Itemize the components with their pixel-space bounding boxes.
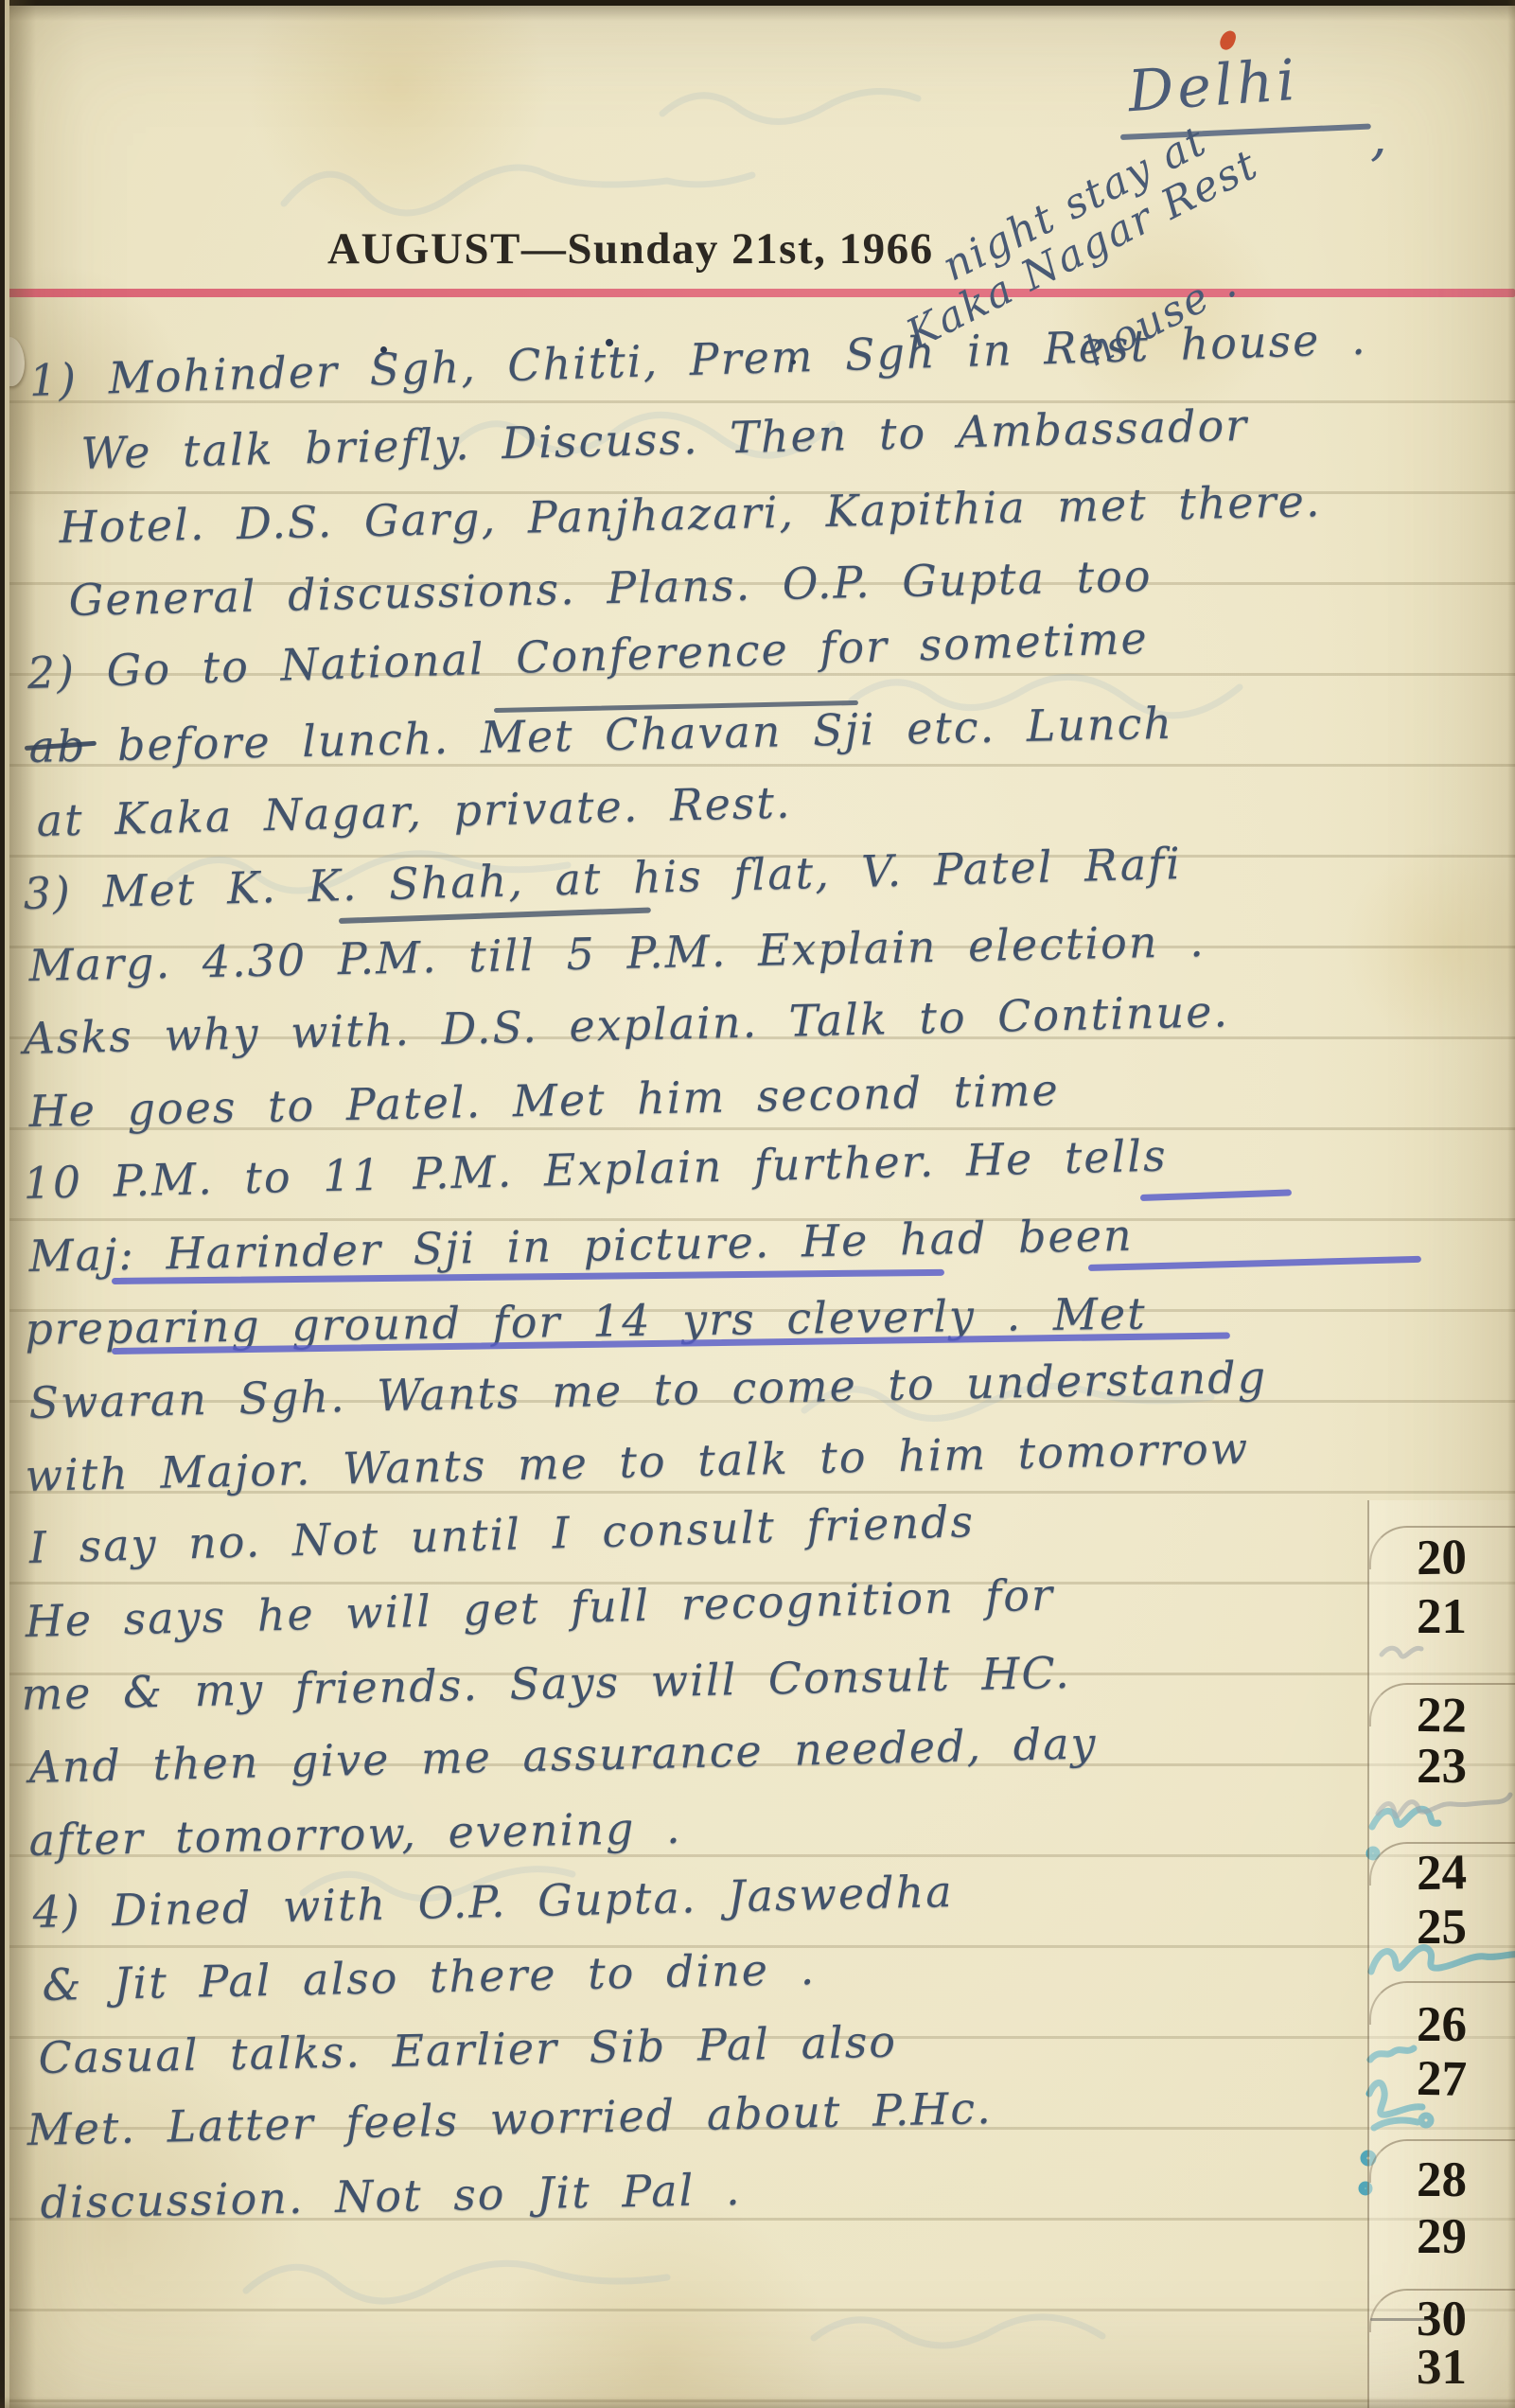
margin-date: 23 bbox=[1378, 1742, 1467, 1792]
diary-line: 3) Met K. K. Shah, at his flat, V. Patel… bbox=[23, 838, 1183, 919]
margin-date: 30 bbox=[1378, 2294, 1467, 2345]
handwritten-location: Delhi bbox=[1126, 47, 1301, 125]
printed-date-header: AUGUST—Sunday 21st, 1966 bbox=[327, 223, 934, 274]
scan-edge-top-shadow bbox=[0, 6, 1515, 21]
diary-line: & Jit Pal also there to dine . bbox=[42, 1943, 817, 2010]
margin-date: 24 bbox=[1378, 1848, 1468, 1900]
diary-line: Marg. 4.30 P.M. till 5 P.M. Explain elec… bbox=[28, 915, 1206, 991]
margin-date: 20 bbox=[1378, 1532, 1468, 1585]
diary-line: I say no. Not until I consult friends bbox=[28, 1496, 976, 1573]
ink-speck bbox=[380, 346, 387, 353]
page-gutter-shadow bbox=[9, 0, 36, 2408]
margin-date: 29 bbox=[1378, 2212, 1467, 2262]
red-rule-line bbox=[0, 289, 1515, 297]
diary-line: 4) Dined with O.P. Gupta. Jaswedha bbox=[32, 1866, 954, 1938]
margin-date: 25 bbox=[1378, 1903, 1467, 1953]
diary-line: He says he will get full recognition for bbox=[25, 1569, 1055, 1647]
margin-date: 27 bbox=[1378, 2053, 1468, 2105]
margin-date: 26 bbox=[1378, 2000, 1467, 2050]
diary-line: with Major. Wants me to talk to him tomo… bbox=[25, 1423, 1250, 1501]
blue-underline-he-had-been bbox=[1088, 1256, 1421, 1271]
diary-line: Maj: Harinder Sji in picture. He had bee… bbox=[28, 1210, 1134, 1282]
diary-line: 2) Go to National Conference for sometim… bbox=[26, 612, 1149, 699]
diary-line: Met. Latter feels worried about P.Hc. bbox=[26, 2082, 993, 2155]
diary-line: 1) Mohinder Sgh, Chitti, Prem Sgh in Res… bbox=[28, 313, 1367, 406]
blue-underline-he-tells bbox=[1140, 1189, 1292, 1201]
diary-line: We talk briefly. Discuss. Then to Ambass… bbox=[80, 399, 1249, 479]
page-edge-bottom-shadow bbox=[0, 2397, 1515, 2408]
handwritten-location-comma: , bbox=[1370, 106, 1387, 168]
ink-underline-kk-shah bbox=[339, 907, 651, 924]
diary-line: Casual talks. Earlier Sib Pal also bbox=[38, 2016, 897, 2083]
margin-date: 28 bbox=[1378, 2155, 1467, 2205]
page-edge-right-shadow bbox=[1507, 0, 1515, 2408]
red-ink-speck bbox=[1218, 28, 1238, 52]
diary-line: me & my friends. Says will Consult HC. bbox=[21, 1647, 1071, 1720]
diary-line: General discussions. Plans. O.P. Gupta t… bbox=[68, 550, 1153, 626]
diary-line: after tomorrow, evening . bbox=[28, 1802, 682, 1866]
diary-line: He goes to Patel. Met him second time bbox=[28, 1064, 1060, 1137]
margin-date: 31 bbox=[1378, 2343, 1467, 2393]
diary-line: at Kaka Nagar, private. Rest. bbox=[36, 777, 792, 846]
diary-line: Asks why with. D.S. explain. Talk to Con… bbox=[23, 985, 1230, 1064]
diary-line: Swaran Sgh. Wants me to come to understa… bbox=[28, 1352, 1268, 1428]
diary-line: 10 P.M. to 11 P.M. Explain further. He t… bbox=[23, 1129, 1168, 1209]
diary-line: Hotel. D.S. Garg, Panjhazari, Kapithia m… bbox=[59, 475, 1322, 553]
diary-line: And then give me assurance needed, day bbox=[28, 1717, 1098, 1793]
ink-speck bbox=[606, 339, 613, 346]
margin-date: 21 bbox=[1378, 1592, 1467, 1642]
ink-speck bbox=[791, 360, 796, 364]
margin-date: 22 bbox=[1378, 1690, 1468, 1742]
diary-page-scan: AUGUST—Sunday 21st, 1966 Delhi , night s… bbox=[0, 0, 1515, 2408]
diary-line: discussion. Not so Jit Pal . bbox=[40, 2164, 742, 2228]
